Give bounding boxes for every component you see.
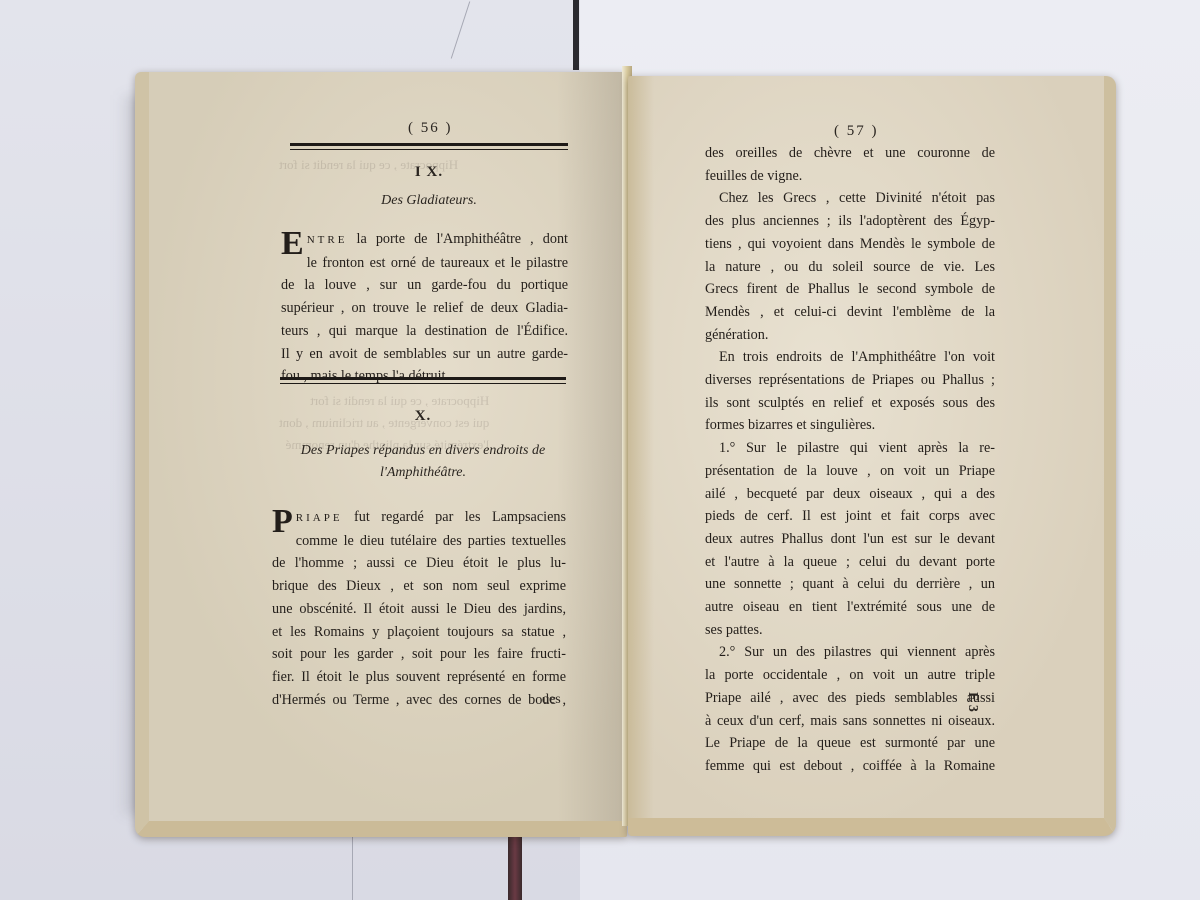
- section-rule: [290, 143, 568, 150]
- page-number-56: ( 56 ): [408, 120, 453, 137]
- drop-cap: P: [272, 508, 293, 536]
- section-title-priapes: Des Priapes répandus en divers endroits …: [275, 440, 571, 484]
- signature-mark: E 3: [964, 692, 980, 712]
- section-number-x: X.: [280, 408, 566, 425]
- right-page-body: des oreilles de chèvre et une couronne d…: [705, 142, 995, 778]
- section-title-gladiateurs: Des Gladiateurs.: [290, 190, 568, 212]
- section-rule: [280, 377, 566, 384]
- drop-cap: E: [281, 230, 304, 258]
- catchword: des: [542, 692, 561, 708]
- book-spine: [508, 830, 522, 900]
- paragraph: 2.° Sur un des pilastres qui viennent ap…: [705, 641, 995, 777]
- page-number-57: ( 57 ): [834, 123, 879, 140]
- section-x-body: P RIAPE fut regardé par les Lampsaciens …: [272, 506, 566, 711]
- paragraph: 1.° Sur le pilastre qui vient après la r…: [705, 437, 995, 641]
- spine-top-edge: [573, 0, 579, 70]
- paragraph: des oreilles de chèvre et une couronne d…: [705, 142, 995, 187]
- section-number-ix: I X.: [290, 164, 568, 181]
- paragraph: Chez les Grecs , cette Divinité n'étoit …: [705, 187, 995, 346]
- background-crease: [352, 835, 353, 900]
- paragraph: En trois endroits de l'Amphithéâtre l'on…: [705, 346, 995, 437]
- section-ix-body: E NTRE la porte de l'Amphithéâtre , dont…: [281, 228, 568, 388]
